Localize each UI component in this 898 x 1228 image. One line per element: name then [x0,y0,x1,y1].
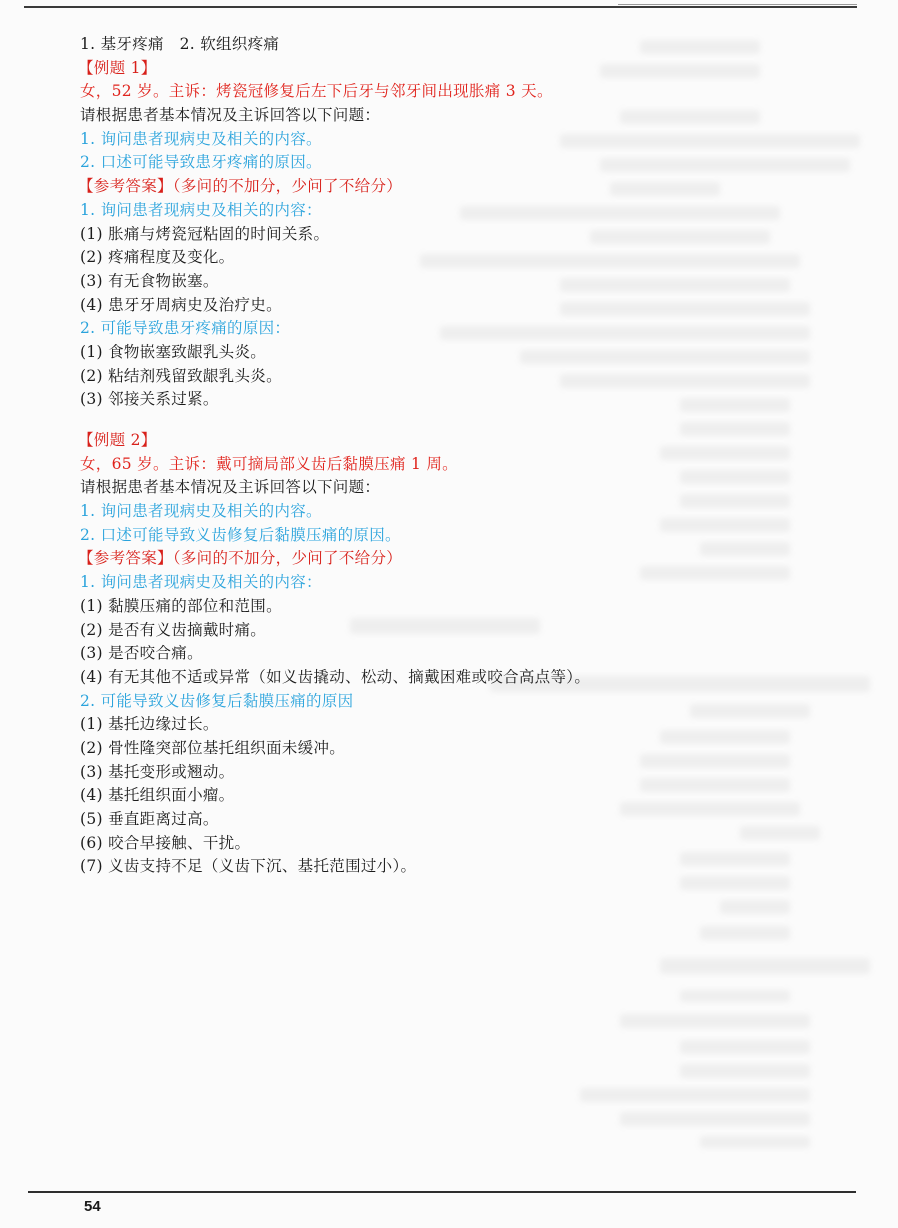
answer-item: (3) 有无食物嵌塞。 [80,270,700,294]
instruction: 请根据患者基本情况及主诉回答以下问题： [80,476,700,500]
answer-item: (4) 基托组织面小瘤。 [80,784,700,808]
question-1: 1. 询问患者现病史及相关的内容。 [80,128,700,152]
header-rule-accent [618,4,857,5]
bleed-through-decor [620,1112,810,1126]
bleed-through-decor [680,1040,810,1054]
example-2: 【例题 2】 女，65 岁。主诉：戴可摘局部义齿后黏膜压痛 1 周。 请根据患者… [80,429,700,879]
bleed-through-decor [700,1136,810,1148]
example-title: 【例题 1】 [78,57,700,81]
bleed-through-decor [740,826,820,840]
answer-item: (6) 咬合早接触、干扰。 [80,832,700,856]
example-1: 【例题 1】 女，52 岁。主诉：烤瓷冠修复后左下后牙与邻牙间出现胀痛 3 天。… [80,57,700,412]
answer-heading-2: 2. 可能导致义齿修复后黏膜压痛的原因 [80,690,700,714]
header-rule [24,6,857,8]
answer-item: (4) 患牙牙周病史及治疗史。 [80,294,700,318]
intro-line: 1. 基牙疼痛 2. 软组织疼痛 [80,33,700,57]
example-title: 【例题 2】 [78,429,700,453]
bleed-through-decor [690,704,810,718]
bleed-through-decor [620,1014,810,1028]
answer-item: (1) 基托边缘过长。 [80,713,700,737]
answer-item: (3) 邻接关系过紧。 [80,388,700,412]
answer-item: (2) 是否有义齿摘戴时痛。 [80,619,700,643]
answer-item: (7) 义齿支持不足（义齿下沉、基托范围过小）。 [80,855,700,879]
answer-item: (4) 有无其他不适或异常（如义齿撬动、松动、摘戴困难或咬合高点等）。 [80,666,700,690]
answer-item: (3) 基托变形或翘动。 [80,761,700,785]
page-number: 54 [84,1198,101,1215]
answer-item: (2) 疼痛程度及变化。 [80,246,700,270]
page-content: 1. 基牙疼痛 2. 软组织疼痛 【例题 1】 女，52 岁。主诉：烤瓷冠修复后… [80,33,700,879]
bleed-through-decor [700,542,790,556]
bleed-through-decor [680,1064,810,1078]
question-2: 2. 口述可能导致患牙疼痛的原因。 [80,151,700,175]
instruction: 请根据患者基本情况及主诉回答以下问题： [80,104,700,128]
answer-heading-1: 1. 询问患者现病史及相关的内容： [80,199,700,223]
bleed-through-decor [720,900,790,914]
answer-item: (2) 粘结剂残留致龈乳头炎。 [80,365,700,389]
answer-item: (1) 黏膜压痛的部位和范围。 [80,595,700,619]
footer-rule [28,1191,856,1193]
question-2: 2. 口述可能导致义齿修复后黏膜压痛的原因。 [80,524,700,548]
answer-item: (2) 骨性隆突部位基托组织面未缓冲。 [80,737,700,761]
bleed-through-decor [700,926,790,940]
answer-label: 【参考答案】（多问的不加分，少问了不给分） [78,175,700,199]
question-1: 1. 询问患者现病史及相关的内容。 [80,500,700,524]
case-description: 女，65 岁。主诉：戴可摘局部义齿后黏膜压痛 1 周。 [80,453,700,477]
section-gap [80,412,700,429]
bleed-through-decor [680,990,790,1002]
answer-item: (3) 是否咬合痛。 [80,642,700,666]
bleed-through-decor [580,1088,810,1102]
bleed-through-decor [660,958,870,974]
answer-item: (5) 垂直距离过高。 [80,808,700,832]
answer-label: 【参考答案】（多问的不加分，少问了不给分） [78,547,700,571]
answer-heading-2: 2. 可能导致患牙疼痛的原因： [80,317,700,341]
answer-item: (1) 胀痛与烤瓷冠粘固的时间关系。 [80,223,700,247]
answer-item: (1) 食物嵌塞致龈乳头炎。 [80,341,700,365]
case-description: 女，52 岁。主诉：烤瓷冠修复后左下后牙与邻牙间出现胀痛 3 天。 [80,80,700,104]
answer-heading-1: 1. 询问患者现病史及相关的内容： [80,571,700,595]
